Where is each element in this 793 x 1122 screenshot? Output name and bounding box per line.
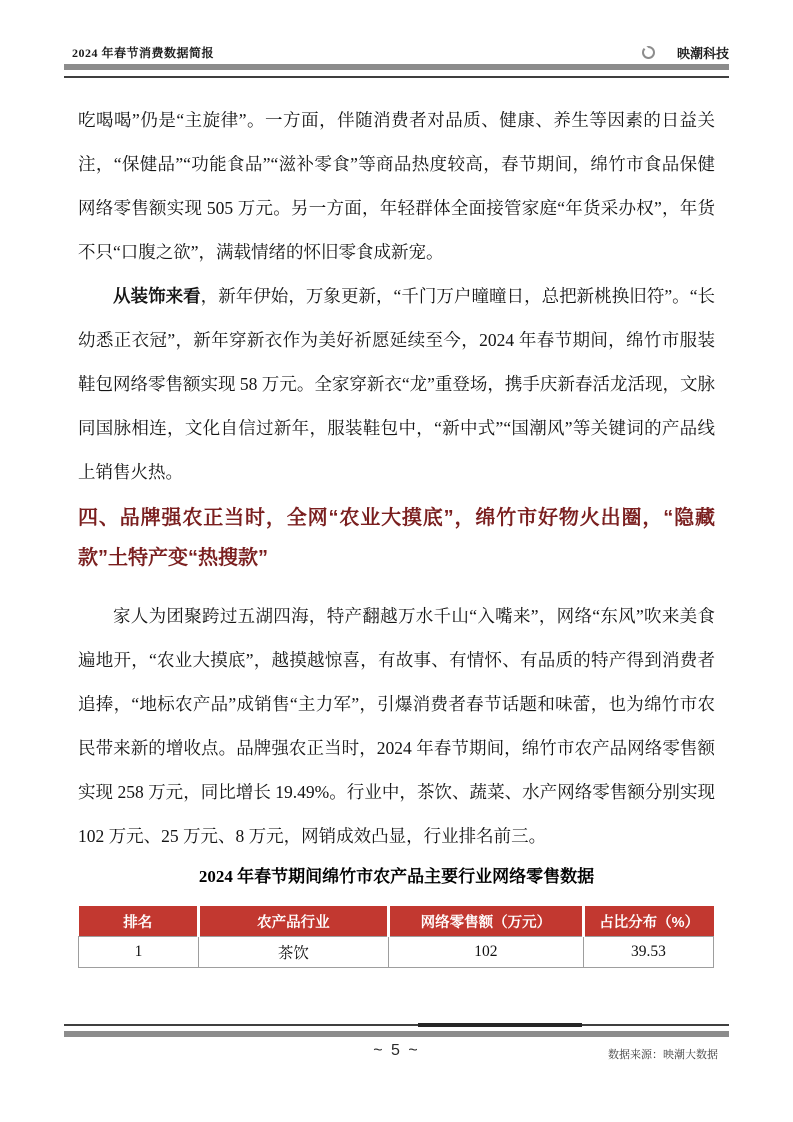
paragraph-decoration-rest: ，新年伊始，万象更新，“千门万户曈曈日，总把新桃换旧符”。“长幼悉正衣冠”，新年… [78,286,715,482]
paragraph-decoration: 从装饰来看，新年伊始，万象更新，“千门万户曈曈日，总把新桃换旧符”。“长幼悉正衣… [78,274,715,494]
table-header-cell: 占比分布（%） [583,906,713,937]
header-rule-line [64,76,729,78]
brand-logo-icon [642,46,655,59]
table-header-row: 排名农产品行业网络零售额（万元）占比分布（%） [79,906,714,937]
table-title: 2024 年春节期间绵竹市农产品主要行业网络零售数据 [78,864,715,890]
table-cell: 102 [388,937,583,968]
footer-rule-line [64,1024,729,1026]
footer-rule-bar [64,1031,729,1037]
section-heading: 四、品牌强农正当时，全网“农业大摸底”，绵竹市好物火出圈，“隐藏款”土特产变“热… [78,498,715,578]
data-source: 数据来源：映潮大数据 [78,1046,718,1062]
paragraph-agriculture: 家人为团聚跨过五湖四海，特产翻越万水千山“入嘴来”，网络“东风”吹来美食遍地开，… [78,594,715,858]
table-header-cell: 排名 [79,906,199,937]
brand-name: 映潮科技 [677,43,729,62]
data-table: 排名农产品行业网络零售额（万元）占比分布（%） 1茶饮10239.53 [78,906,714,968]
content-area: 吃喝喝”仍是“主旋律”。一方面，伴随消费者对品质、健康、养生等因素的日益关注，“… [78,98,715,968]
paragraph-food: 吃喝喝”仍是“主旋律”。一方面，伴随消费者对品质、健康、养生等因素的日益关注，“… [78,98,715,274]
page-header: 2024 年春节消费数据简报 映潮科技 [64,44,729,62]
table-cell: 1 [79,937,199,968]
table-cell: 39.53 [583,937,713,968]
table-header-cell: 农产品行业 [199,906,389,937]
header-rule-bar [64,64,729,70]
paragraph-decoration-lead: 从装饰来看 [113,286,201,306]
table-row: 1茶饮10239.53 [79,937,714,968]
footer-rule-segment [418,1023,582,1027]
table-cell: 茶饮 [199,937,389,968]
brand-group: 映潮科技 [642,43,729,62]
table-header-cell: 网络零售额（万元） [388,906,583,937]
table-body: 1茶饮10239.53 [79,937,714,968]
document-page: 2024 年春节消费数据简报 映潮科技 吃喝喝”仍是“主旋律”。一方面，伴随消费… [0,0,793,1122]
header-doc-title: 2024 年春节消费数据简报 [72,44,214,61]
